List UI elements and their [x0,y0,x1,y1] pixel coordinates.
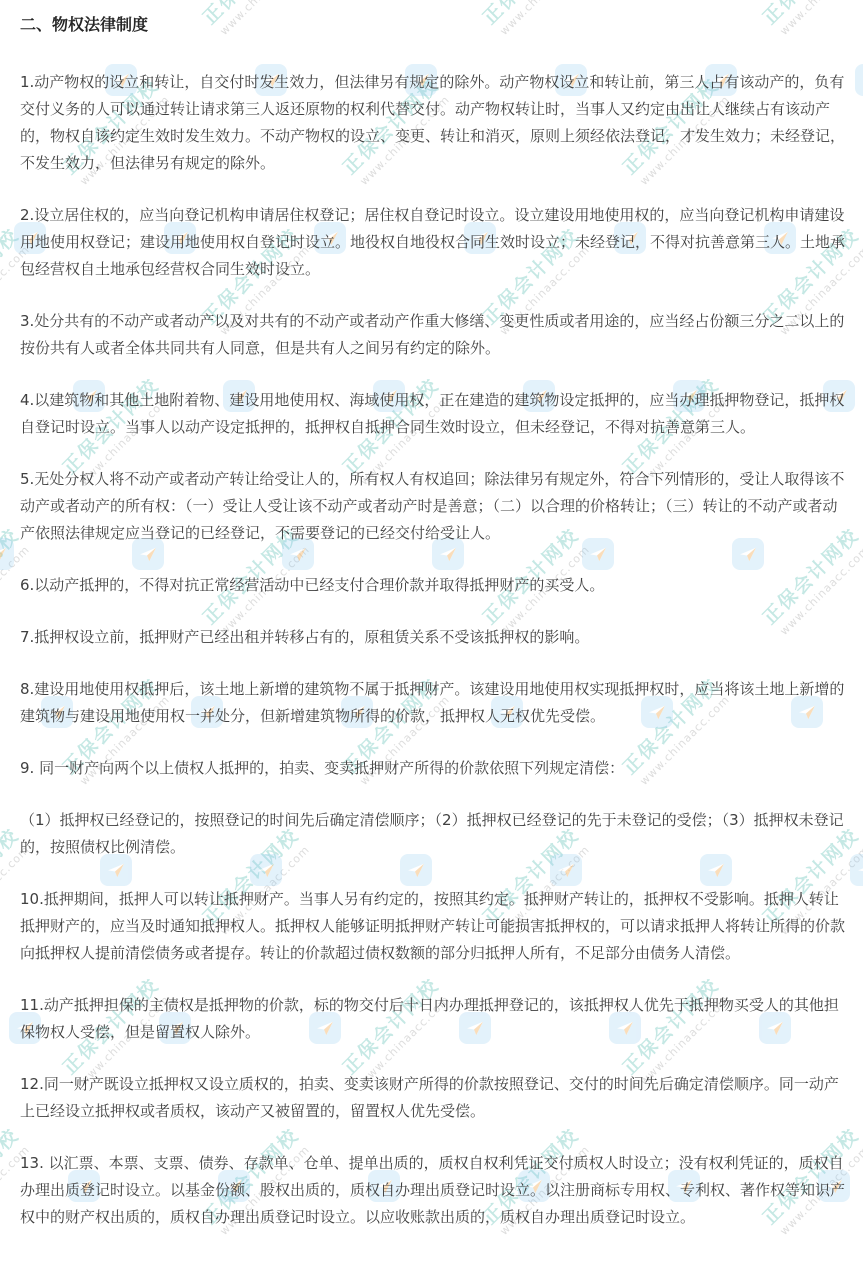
paragraph: 2.设立居住权的，应当向登记机构申请居住权登记；居住权自登记时设立。设立建设用地… [20,202,845,283]
paragraph: 8.建设用地使用权抵押后，该土地上新增的建筑物不属于抵押财产。该建设用地使用权实… [20,676,845,730]
paragraph: 12.同一财产既设立抵押权又设立质权的，拍卖、变卖该财产所得的价款按照登记、交付… [20,1071,845,1125]
paragraph: 7.抵押权设立前，抵押财产已经出租并转移占有的，原租赁关系不受该抵押权的影响。 [20,624,845,651]
paragraph-list: 1.动产物权的设立和转让，自交付时发生效力，但法律另有规定的除外。动产物权设立和… [20,69,845,1231]
paragraph: 10.抵押期间，抵押人可以转让抵押财产。当事人另有约定的，按照其约定。抵押财产转… [20,886,845,967]
paragraph: （1）抵押权已经登记的，按照登记的时间先后确定清偿顺序；（2）抵押权已经登记的先… [20,807,845,861]
paragraph: 5.无处分权人将不动产或者动产转让给受让人的，所有权人有权追回；除法律另有规定外… [20,466,845,547]
paragraph: 6.以动产抵押的，不得对抗正常经营活动中已经支付合理价款并取得抵押财产的买受人。 [20,572,845,599]
paragraph: 4.以建筑物和其他土地附着物、建设用地使用权、海域使用权，正在建造的建筑物设定抵… [20,387,845,441]
page-title: 二、物权法律制度 [20,12,845,35]
paragraph: 1.动产物权的设立和转让，自交付时发生效力，但法律另有规定的除外。动产物权设立和… [20,69,845,177]
document-content: 二、物权法律制度 1.动产物权的设立和转让，自交付时发生效力，但法律另有规定的除… [0,0,863,1280]
paragraph: 9. 同一财产向两个以上债权人抵押的，拍卖、变卖抵押财产所得的价款依照下列规定清… [20,755,845,782]
paragraph: 13. 以汇票、本票、支票、债券、存款单、仓单、提单出质的，质权自权利凭证交付质… [20,1150,845,1231]
paragraph: 11.动产抵押担保的主债权是抵押物的价款，标的物交付后十日内办理抵押登记的，该抵… [20,992,845,1046]
paragraph: 3.处分共有的不动产或者动产以及对共有的不动产或者动产作重大修缮、变更性质或者用… [20,308,845,362]
